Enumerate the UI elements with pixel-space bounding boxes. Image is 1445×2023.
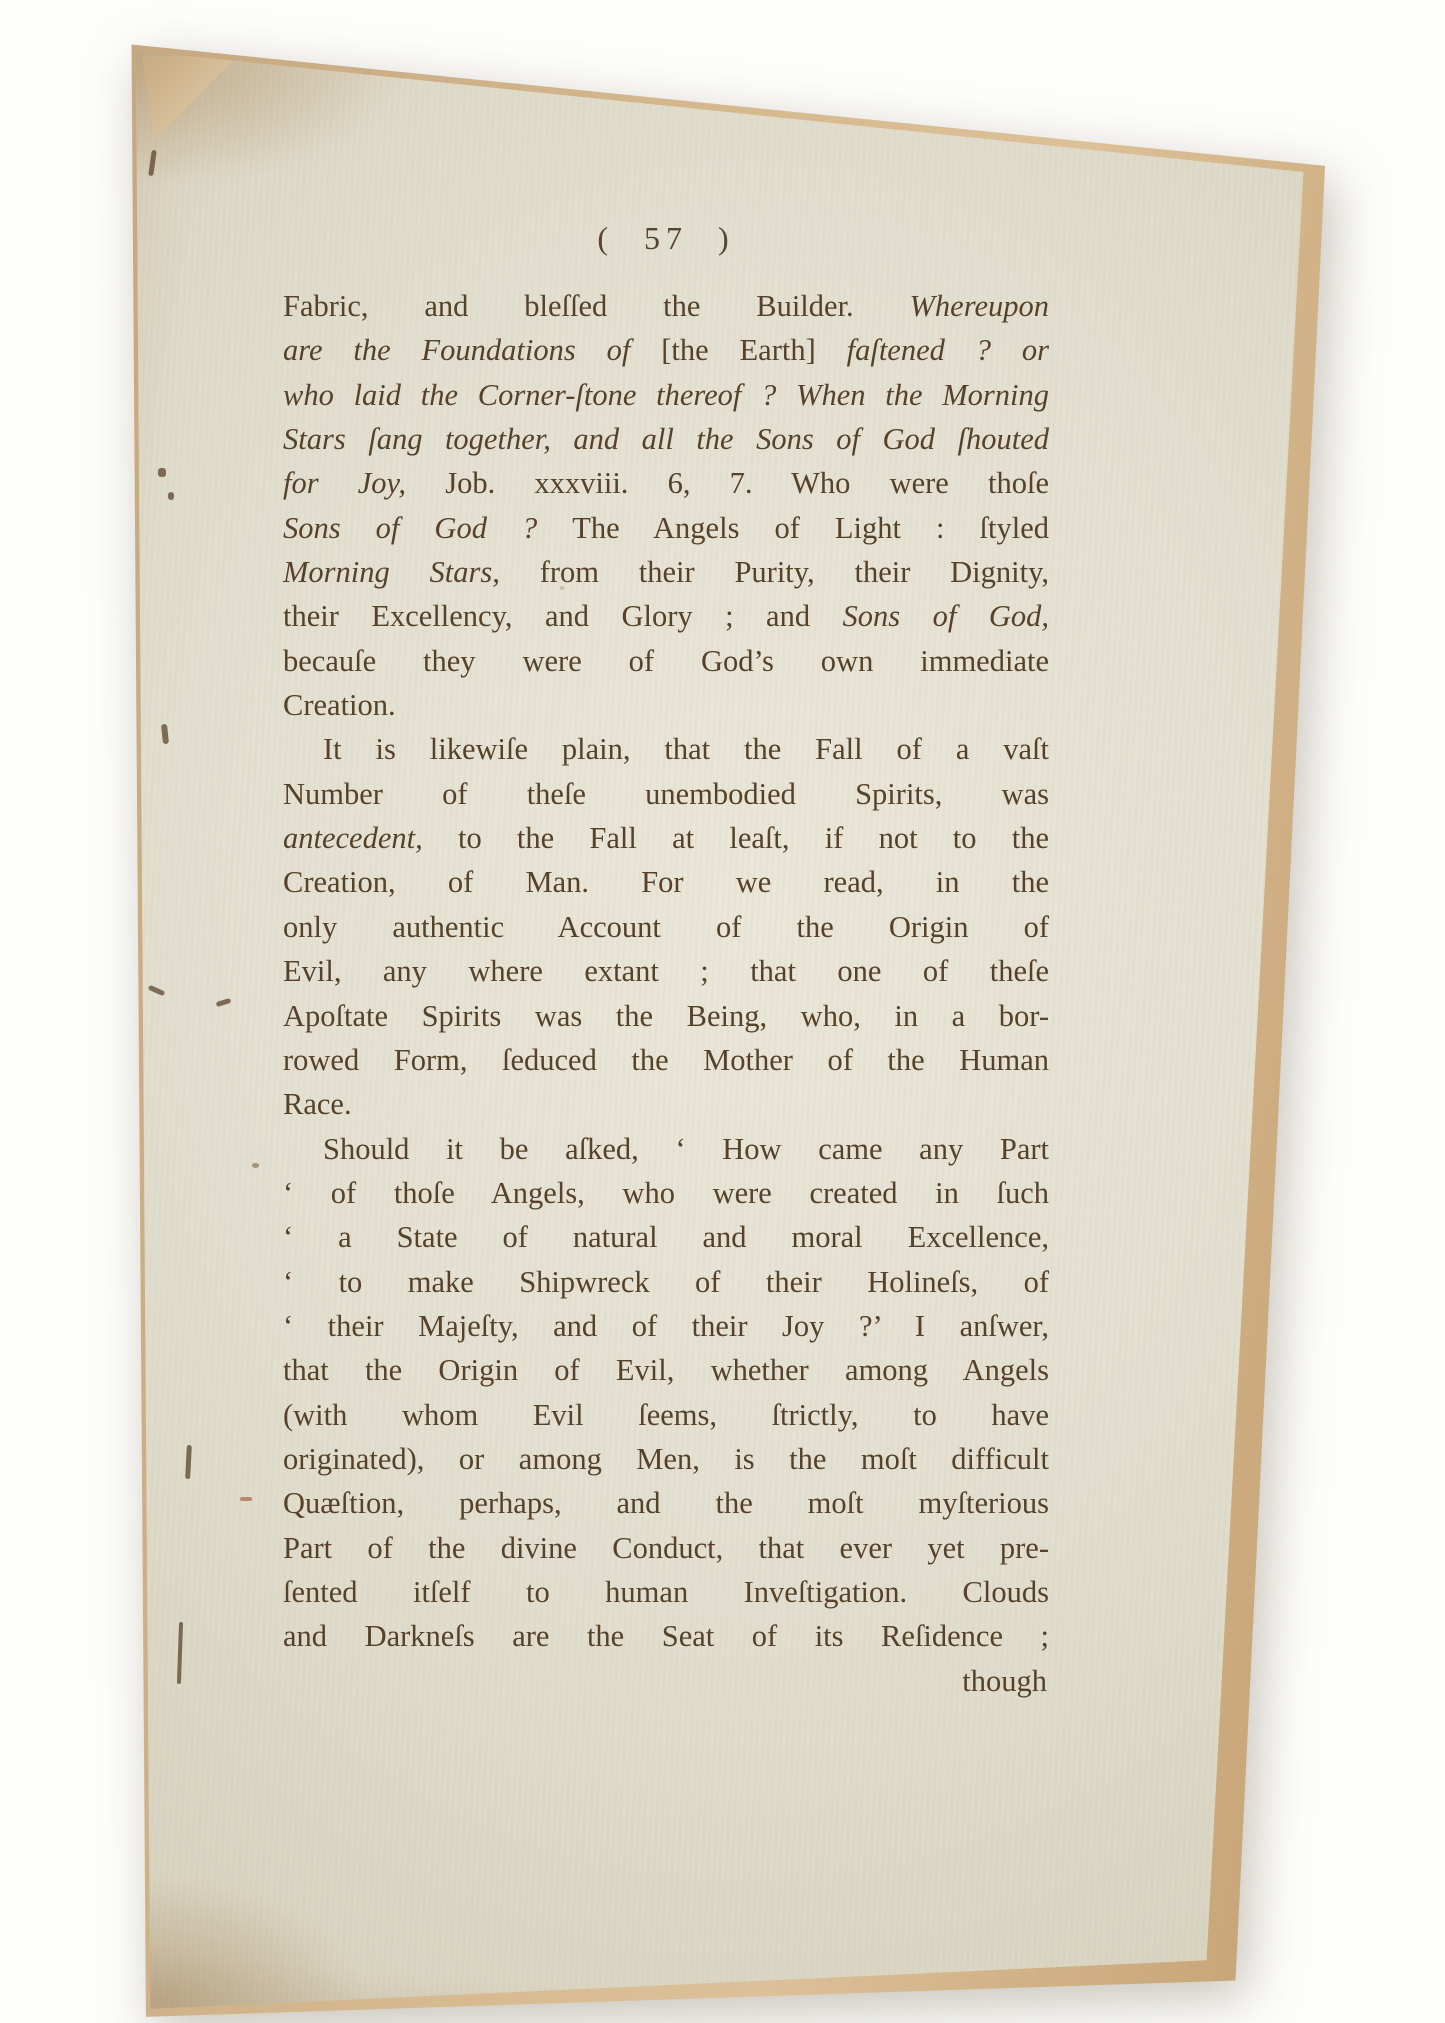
- text-line: (with whom Evil ſeems, ſtrictly, to have: [283, 1393, 1049, 1437]
- text-line: Apoſtate Spirits was the Being, who, in …: [283, 994, 1049, 1038]
- roman-run: ‘ a State of natural and moral Excellenc…: [283, 1220, 1049, 1254]
- roman-run: Job. xxxviii. 6, 7. Who were thoſe: [445, 466, 1049, 500]
- roman-run: Creation, of Man. For we read, in the: [283, 865, 1049, 899]
- text-line: Sons of God ? The Angels of Light : ſtyl…: [283, 506, 1049, 550]
- text-line: and Darkneſs are the Seat of its Reſiden…: [283, 1614, 1049, 1658]
- stitch-mark: [161, 724, 169, 745]
- text-line: Should it be aſked, ‘ How came any Part: [283, 1127, 1049, 1171]
- roman-run: [the Earth]: [661, 333, 846, 367]
- roman-run: The Angels of Light : ſtyled: [572, 511, 1049, 545]
- roman-run: ‘ to make Shipwreck of their Holineſs, o…: [283, 1265, 1049, 1299]
- text-line: who laid the Corner-ſtone thereof ? When…: [283, 373, 1049, 417]
- roman-run: It is likewiſe plain, that the Fall of a…: [323, 732, 1049, 766]
- roman-run: only authentic Account of the Origin of: [283, 910, 1049, 944]
- stitch-mark: [216, 998, 232, 1007]
- roman-run: and Darkneſs are the Seat of its Reſiden…: [283, 1619, 1049, 1653]
- text-line: ‘ of thoſe Angels, who were created in ſ…: [283, 1171, 1049, 1215]
- text-line: Race.: [283, 1082, 1049, 1126]
- stitch-mark: [185, 1445, 192, 1479]
- text-line: Creation.: [283, 683, 1049, 727]
- roman-run: Fabric, and bleſſed the Builder.: [283, 289, 910, 323]
- roman-run: that the Origin of Evil, whether among A…: [283, 1353, 1049, 1387]
- italic-run: Sons of God,: [843, 599, 1049, 633]
- roman-run: their Excellency, and Glory ; and: [283, 599, 843, 633]
- roman-run: ſented itſelf to human Inveſtigation. Cl…: [283, 1575, 1049, 1609]
- book-photo: ( 57 ) Fabric, and bleſſed the Builder. …: [0, 0, 1445, 2023]
- roman-run: Part of the divine Conduct, that ever ye…: [283, 1531, 1049, 1565]
- page-number: ( 57 ): [283, 220, 1049, 257]
- italic-run: Sons of God ?: [283, 511, 572, 545]
- stitch-mark: [168, 492, 174, 500]
- italic-run: Whereupon: [910, 289, 1049, 323]
- roman-run: Race.: [283, 1087, 352, 1121]
- italic-run: Morning Stars,: [283, 555, 500, 589]
- italic-run: antecedent,: [283, 821, 423, 855]
- text-line: Number of theſe unembodied Spirits, was: [283, 772, 1049, 816]
- text-line: Part of the divine Conduct, that ever ye…: [283, 1526, 1049, 1570]
- roman-run: rowed Form, ſeduced the Mother of the Hu…: [283, 1043, 1049, 1077]
- roman-run: Quæſtion, perhaps, and the moſt myſterio…: [283, 1486, 1049, 1520]
- roman-run: (with whom Evil ſeems, ſtrictly, to have: [283, 1398, 1049, 1432]
- roman-run: Number of theſe unembodied Spirits, was: [283, 777, 1049, 811]
- roman-run: to the Fall at leaſt, if not to the: [423, 821, 1049, 855]
- text-line: Quæſtion, perhaps, and the moſt myſterio…: [283, 1481, 1049, 1525]
- text-line: for Joy, Job. xxxviii. 6, 7. Who were th…: [283, 461, 1049, 505]
- stitch-mark: [148, 150, 157, 176]
- italic-run: faſtened ? or: [847, 333, 1049, 367]
- text-line: ‘ a State of natural and moral Excellenc…: [283, 1215, 1049, 1259]
- text-lines: Fabric, and bleſſed the Builder. Whereup…: [283, 284, 1049, 1659]
- text-line: their Excellency, and Glory ; and Sons o…: [283, 594, 1049, 638]
- stitch-mark: [148, 985, 166, 996]
- text-line: ‘ to make Shipwreck of their Holineſs, o…: [283, 1260, 1049, 1304]
- stitch-mark: [158, 468, 166, 477]
- text-line: Fabric, and bleſſed the Builder. Whereup…: [283, 284, 1049, 328]
- paper-speck: [252, 1163, 259, 1168]
- text-line: originated), or among Men, is the moſt d…: [283, 1437, 1049, 1481]
- roman-run: Apoſtate Spirits was the Being, who, in …: [283, 999, 1049, 1033]
- roman-run: Should it be aſked, ‘ How came any Part: [323, 1132, 1049, 1166]
- text-line: rowed Form, ſeduced the Mother of the Hu…: [283, 1038, 1049, 1082]
- italic-run: for Joy,: [283, 466, 445, 500]
- catchword: though: [283, 1659, 1049, 1703]
- photo-background: ( 57 ) Fabric, and bleſſed the Builder. …: [0, 0, 1445, 2023]
- text-line: Stars ſang together, and all the Sons of…: [283, 417, 1049, 461]
- text-line: Evil, any where extant ; that one of the…: [283, 949, 1049, 993]
- stitch-mark: [177, 1622, 183, 1684]
- roman-run: Evil, any where extant ; that one of the…: [283, 954, 1049, 988]
- roman-run: from their Purity, their Dignity,: [500, 555, 1049, 589]
- text-line: antecedent, to the Fall at leaſt, if not…: [283, 816, 1049, 860]
- text-line: Creation, of Man. For we read, in the: [283, 860, 1049, 904]
- spine-fold-flap: [142, 56, 238, 140]
- text-line: that the Origin of Evil, whether among A…: [283, 1348, 1049, 1392]
- roman-run: originated), or among Men, is the moſt d…: [283, 1442, 1049, 1476]
- text-line: ‘ their Majeſty, and of their Joy ?’ I a…: [283, 1304, 1049, 1348]
- page-text: Fabric, and bleſſed the Builder. Whereup…: [283, 284, 1049, 1703]
- text-line: ſented itſelf to human Inveſtigation. Cl…: [283, 1570, 1049, 1614]
- text-line: becauſe they were of God’s own immediate: [283, 639, 1049, 683]
- roman-run: Creation.: [283, 688, 396, 722]
- text-line: only authentic Account of the Origin of: [283, 905, 1049, 949]
- text-line: are the Foundations of [the Earth] faſte…: [283, 328, 1049, 372]
- text-line: It is likewiſe plain, that the Fall of a…: [283, 727, 1049, 771]
- text-line: Morning Stars, from their Purity, their …: [283, 550, 1049, 594]
- roman-run: ‘ their Majeſty, and of their Joy ?’ I a…: [283, 1309, 1049, 1343]
- italic-run: are the Foundations of: [283, 333, 661, 367]
- roman-run: ‘ of thoſe Angels, who were created in ſ…: [283, 1176, 1049, 1210]
- roman-run: becauſe they were of God’s own immediate: [283, 644, 1049, 678]
- paper-speck: [240, 1497, 252, 1501]
- italic-run: Stars ſang together, and all the Sons of…: [283, 422, 1049, 456]
- italic-run: who laid the Corner-ſtone thereof ? When…: [283, 378, 1049, 412]
